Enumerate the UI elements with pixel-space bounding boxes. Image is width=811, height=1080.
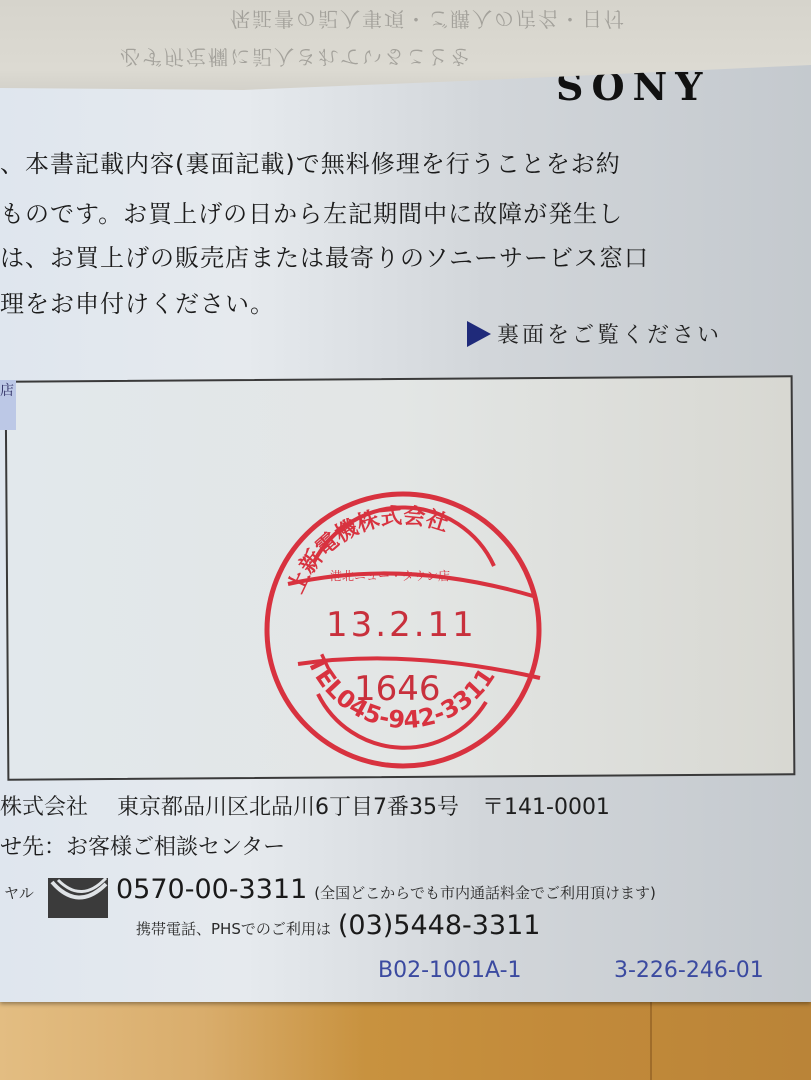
- see-back-label: 裏面をご覧ください: [497, 318, 722, 349]
- body-line-3: は、お買上げの販売店または最寄りのソニーサービス窓口: [0, 238, 649, 273]
- mobile-label: 携帯電話、PHSでのご利用は: [136, 920, 331, 938]
- form-code-1: B02-1001A-1: [378, 958, 522, 983]
- see-reverse-side-note: 裏面をご覧ください: [467, 318, 722, 349]
- navi-dial-prefix: ヤル: [4, 882, 34, 903]
- mobile-phone-line: 携帯電話、PHSでのご利用は (03)5448-3311: [136, 910, 540, 941]
- mirrored-text-line-1: 保証書の記入事項・ご購入の店名・日付: [230, 6, 626, 35]
- navi-dial-logo-icon: [48, 878, 108, 918]
- body-line-1: 、本書記載内容(裏面記載)で無料修理を行うことをお約: [0, 144, 621, 179]
- postal-code: 〒141-0001: [482, 795, 610, 820]
- navi-dial-line: 0570-00-3311 (全国どこからでも市内通話料金でご利用頂けます): [116, 874, 656, 905]
- svg-text:13.2.11: 13.2.11: [326, 605, 477, 645]
- box-tab-label: 店: [0, 380, 16, 430]
- company-address-line: 株式会社 東京都品川区北品川6丁目7番35号 〒141-0001: [0, 790, 610, 821]
- contact-center-label: せ先：お客様ご相談センター: [0, 830, 285, 861]
- form-code-2: 3-226-246-01: [614, 958, 764, 983]
- dealer-stamp: 上新電機株式会社 港北ニュー・タウン店 13.2.11 1646 TEL045-…: [258, 488, 548, 770]
- wood-grain-line: [650, 1000, 652, 1080]
- company-address: 東京都品川区北品川6丁目7番35号: [117, 795, 459, 820]
- mirrored-text-line-2: 必ず所定欄に記入されていることを: [120, 44, 472, 73]
- triangle-right-icon: [467, 321, 491, 347]
- company-name-suffix: 株式会社: [0, 795, 88, 820]
- wooden-table-surface: [0, 1000, 811, 1080]
- body-line-2: ものです。お買上げの日から左記期間中に故障が発生し: [0, 194, 623, 229]
- mobile-number: (03)5448-3311: [338, 910, 541, 941]
- box-tab-text: 店: [0, 383, 14, 399]
- svg-text:上新電機株式会社: 上新電機株式会社: [284, 503, 452, 598]
- navi-dial-note: (全国どこからでも市内通話料金でご利用頂けます): [314, 884, 656, 902]
- body-line-4: 理をお申付けください。: [0, 284, 275, 319]
- navi-dial-number: 0570-00-3311: [116, 874, 307, 905]
- svg-text:港北ニュー・タウン店: 港北ニュー・タウン店: [330, 568, 450, 583]
- stamp-graphic: 上新電機株式会社 港北ニュー・タウン店 13.2.11 1646 TEL045-…: [258, 488, 548, 770]
